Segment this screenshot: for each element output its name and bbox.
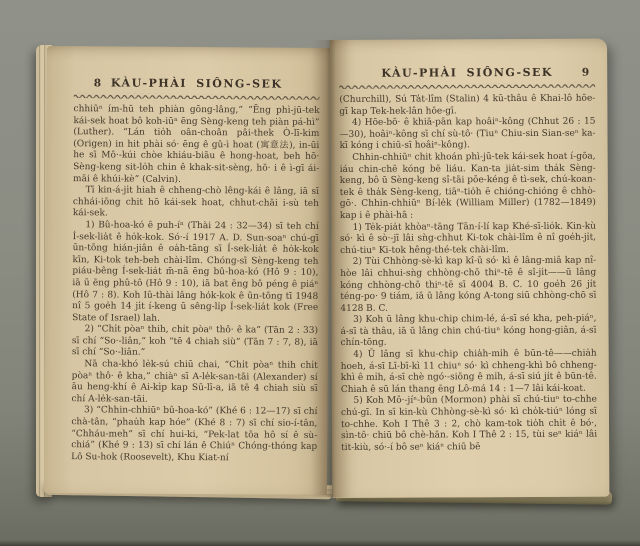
left-page-header: 8 KÀU-PHÀI SIÔNG-SEK [74, 76, 320, 93]
paragraph: chhiūⁿ ím-hū teh phiàn gōng-lâng,” “Ēng … [73, 104, 320, 187]
book-photo: 8 KÀU-PHÀI SIÔNG-SEK chhiūⁿ ím-hū teh ph… [0, 0, 640, 546]
right-page-text: (Churchill), Sú Ta̍t-lîm (Stalin) 4 kū-t… [339, 94, 597, 455]
left-page-text: chhiūⁿ ím-hū teh phiàn gōng-lâng,” “Ēng … [71, 104, 320, 465]
header-rule [339, 83, 595, 89]
paragraph: 4) Hōe-bō· ê khiā-pān kap hoâiⁿ-kông (Ch… [339, 117, 595, 153]
paragraph: Nā cha-khó le̍k-sú chiū chai, “Chi̍t pòa… [71, 359, 317, 407]
paragraph: 4) Ū lâng sī khu-chip chia̍h-mi̍h ê būn-… [341, 349, 597, 397]
header-rule [74, 93, 320, 100]
paragraph: 2) Tùi Chhòng-sè-kì kap kî-ū só· kì ê lâ… [340, 256, 596, 315]
right-page-number: 9 [582, 67, 589, 79]
paragraph: Tī kin-á-ji̍t hiah ê chheng-chò lêng-kái… [73, 185, 319, 221]
left-page-number: 8 [94, 77, 101, 89]
paragraph: 1) Bû-hoa-kó ê puh-íⁿ (Thài 24 : 32—34) … [72, 220, 319, 326]
right-page-header: KÀU-PHÀI SIÔNG-SEK 9 [339, 66, 595, 82]
right-running-title: KÀU-PHÀI SIÔNG-SEK [381, 66, 553, 80]
paragraph: 1) Te̍k-pia̍t khòaⁿ-tāng Tān-í-lí kap Kh… [340, 221, 596, 257]
left-running-title: KÀU-PHÀI SIÔNG-SEK [111, 76, 283, 90]
paragraph: (Churchill), Sú Ta̍t-lîm (Stalin) 4 kū-t… [339, 94, 595, 119]
paragraph: 3) Koh ū lâng khu-chip chim-lé, á-sī sé … [340, 314, 596, 350]
right-page: KÀU-PHÀI SIÔNG-SEK 9 (Churchill), Sú Ta̍… [330, 39, 609, 498]
paragraph: 2) “Chi̍t pòaⁿ thih, chi̍t pòaⁿ thô· ê k… [72, 324, 318, 360]
left-page: 8 KÀU-PHÀI SIÔNG-SEK chhiūⁿ ím-hū teh ph… [44, 46, 330, 495]
paragraph: Chhin-chhiūⁿ chit khoán phì-jū-tek kái-s… [340, 152, 596, 223]
paragraph: 3) “Chhin-chhiūⁿ bû-hoa-kó” (Khé 6 : 12—… [71, 406, 317, 466]
paragraph: 5) Koh Mô·-jíⁿ-bûn (Mormon) phài sī chú-… [341, 395, 597, 454]
